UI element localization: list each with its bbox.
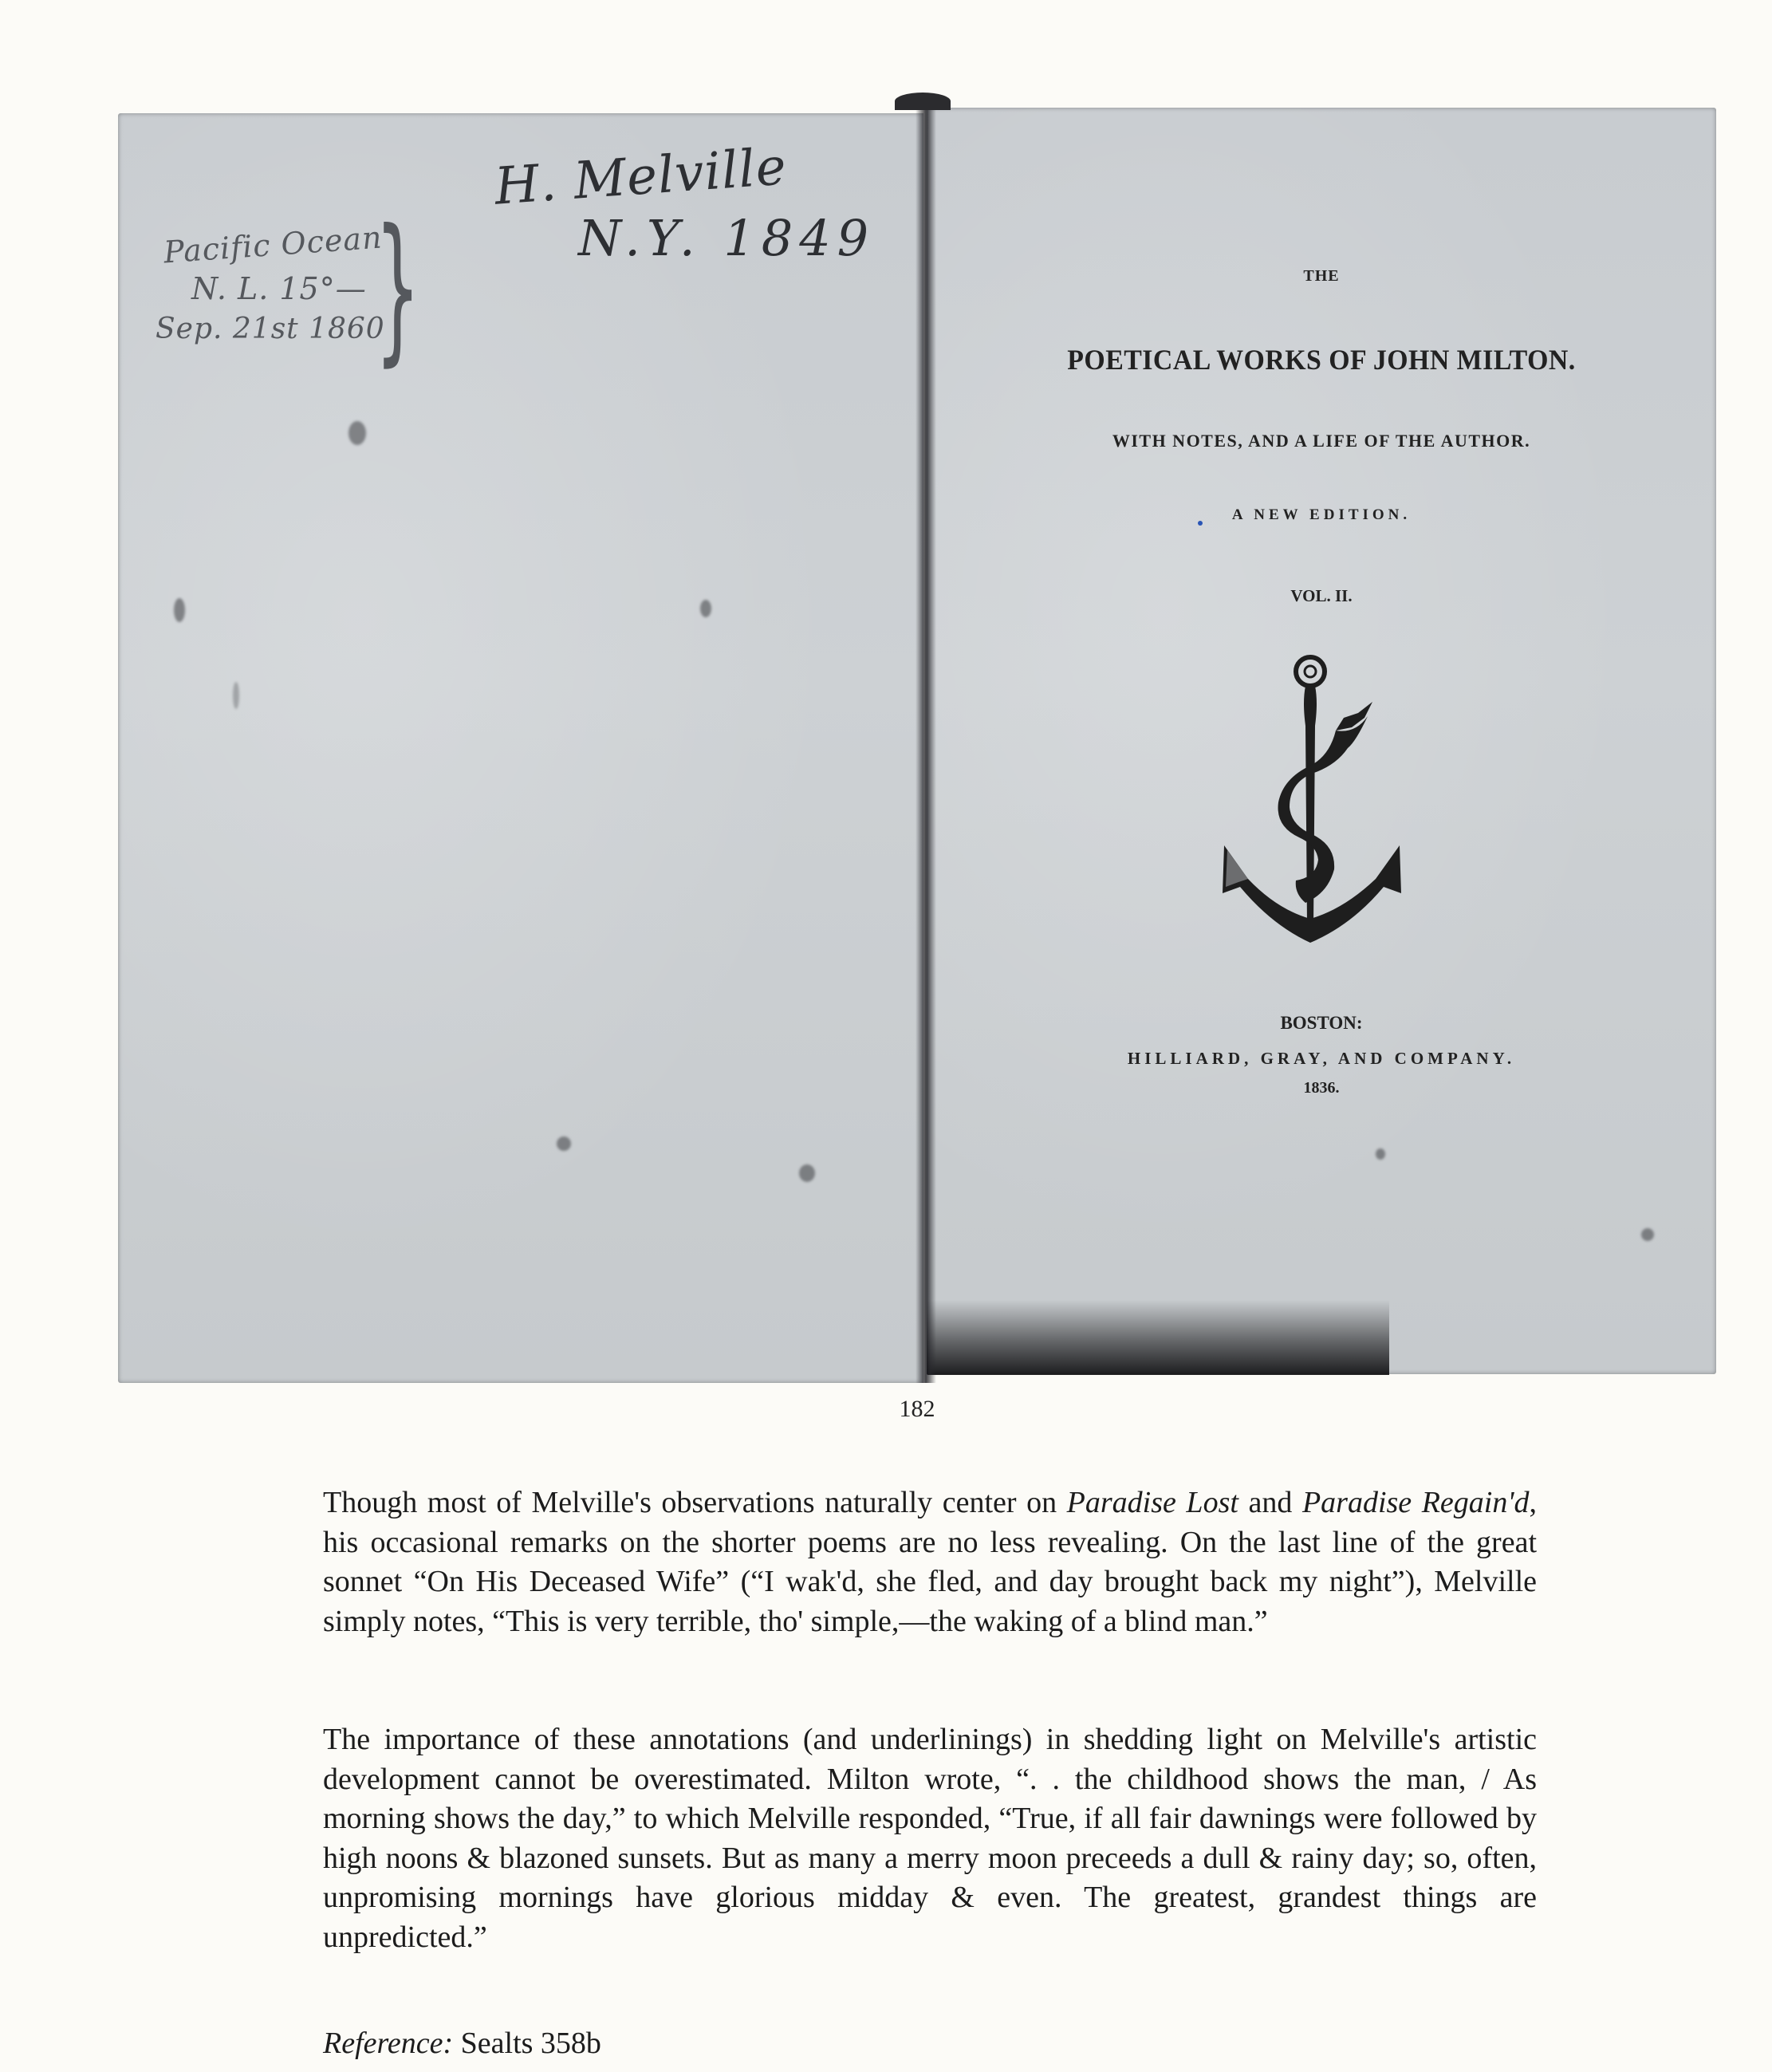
foxing-stain bbox=[1641, 1228, 1654, 1241]
title-page-city: BOSTON: bbox=[927, 1013, 1716, 1034]
title-page-the: THE bbox=[927, 267, 1716, 286]
paragraph-text: and bbox=[1238, 1486, 1302, 1519]
book-spine bbox=[916, 97, 936, 1383]
spine-headcap bbox=[895, 93, 951, 110]
page-shadow bbox=[927, 1300, 1389, 1375]
anchor-dolphin-icon bbox=[1216, 654, 1408, 957]
title-page-volume: VOL. II. bbox=[927, 586, 1716, 606]
title-page-title: POETICAL WORKS OF JOHN MILTON. bbox=[951, 343, 1693, 376]
foxing-stain bbox=[799, 1164, 815, 1182]
book-photograph: H. Melville N.Y. 1849 Pacific Ocean N. L… bbox=[0, 0, 1772, 1404]
body-paragraph: Though most of Melville's observations n… bbox=[323, 1483, 1537, 1641]
foxing-stain bbox=[557, 1136, 571, 1151]
page-number: 182 bbox=[877, 1396, 957, 1423]
handwritten-note-line: N. L. 15°— bbox=[191, 271, 367, 306]
body-paragraph: The importance of these annotations (and… bbox=[323, 1720, 1537, 1957]
title-page-edition: A NEW EDITION. bbox=[927, 506, 1716, 524]
foxing-stain bbox=[700, 600, 711, 617]
foxing-stain bbox=[1376, 1148, 1385, 1160]
italic-title: Paradise Lost bbox=[1067, 1486, 1238, 1519]
handwritten-brace: } bbox=[375, 209, 420, 368]
reference-value: Sealts 358b bbox=[453, 2027, 601, 2060]
handwritten-note-line: Sep. 21st 1860 bbox=[156, 313, 385, 345]
handwritten-place-date: N.Y. 1849 bbox=[578, 209, 875, 267]
paragraph-text: Though most of Melville's observations n… bbox=[323, 1486, 1067, 1519]
foxing-stain bbox=[233, 682, 239, 709]
reference-line: Reference: Sealts 358b bbox=[323, 2026, 601, 2061]
title-page-subtitle: WITH NOTES, AND A LIFE OF THE AUTHOR. bbox=[927, 431, 1716, 451]
title-page-publisher: HILLIARD, GRAY, AND COMPANY. bbox=[927, 1049, 1716, 1069]
italic-title: Paradise Regain'd bbox=[1302, 1486, 1530, 1519]
title-page-year: 1836. bbox=[927, 1079, 1716, 1097]
foxing-stain bbox=[348, 421, 366, 445]
foxing-stain bbox=[174, 598, 185, 622]
reference-label: Reference: bbox=[323, 2027, 453, 2060]
